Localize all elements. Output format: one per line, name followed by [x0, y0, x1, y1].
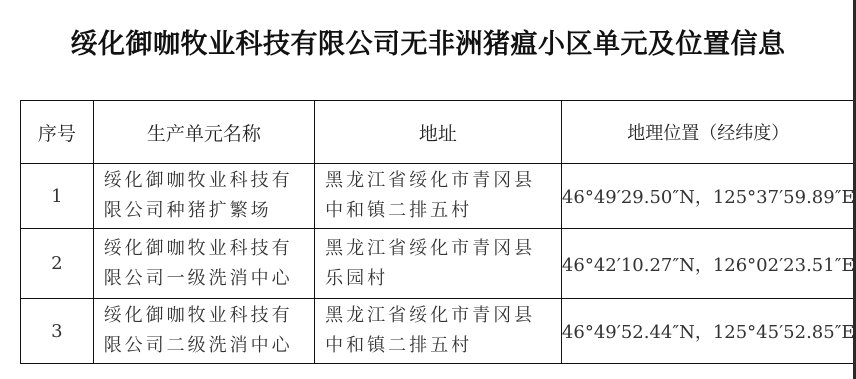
address-line: 黑龙江省绥化市青冈县 — [325, 166, 560, 196]
address-line: 中和镇二排五村 — [325, 196, 560, 226]
header-address: 地址 — [315, 101, 561, 164]
address-line: 中和镇二排五村 — [325, 331, 560, 361]
cell-geo-location: 46°42′10.27″N，126°02′23.51″E — [561, 229, 856, 299]
cell-serial-number: 3 — [21, 299, 94, 364]
cell-geo-location: 46°49′29.50″N，125°37′59.89″E — [561, 164, 856, 229]
table-header-row: 序号 生产单元名称 地址 地理位置（经纬度） — [21, 101, 856, 164]
cell-serial-number: 2 — [21, 229, 94, 299]
address-line: 乐园村 — [325, 264, 560, 294]
address-line: 黑龙江省绥化市青冈县 — [325, 234, 560, 264]
cell-geo-location: 46°49′52.44″N，125°45′52.85″E — [561, 299, 856, 364]
cell-address: 黑龙江省绥化市青冈县 乐园村 — [315, 229, 561, 299]
cell-serial-number: 1 — [21, 164, 94, 229]
cell-unit-name: 绥化御咖牧业科技有 限公司一级洗消中心 — [93, 229, 314, 299]
document-title: 绥化御咖牧业科技有限公司无非洲猪瘟小区单元及位置信息 — [0, 22, 856, 61]
unit-name-line: 限公司一级洗消中心 — [104, 264, 314, 294]
unit-name-line: 绥化御咖牧业科技有 — [104, 234, 314, 264]
unit-name-line: 限公司种猪扩繁场 — [104, 196, 314, 226]
unit-name-line: 绥化御咖牧业科技有 — [104, 301, 314, 331]
cell-unit-name: 绥化御咖牧业科技有 限公司二级洗消中心 — [93, 299, 314, 364]
unit-location-table: 序号 生产单元名称 地址 地理位置（经纬度） 1 绥化御咖牧业科技有 限公司种猪… — [20, 100, 856, 364]
table-row: 3 绥化御咖牧业科技有 限公司二级洗消中心 黑龙江省绥化市青冈县 中和镇二排五村… — [21, 299, 856, 364]
header-geo-location: 地理位置（经纬度） — [561, 101, 856, 164]
table-row: 2 绥化御咖牧业科技有 限公司一级洗消中心 黑龙江省绥化市青冈县 乐园村 46°… — [21, 229, 856, 299]
table-row: 1 绥化御咖牧业科技有 限公司种猪扩繁场 黑龙江省绥化市青冈县 中和镇二排五村 … — [21, 164, 856, 229]
cell-unit-name: 绥化御咖牧业科技有 限公司种猪扩繁场 — [93, 164, 314, 229]
header-unit-name: 生产单元名称 — [93, 101, 314, 164]
unit-name-line: 绥化御咖牧业科技有 — [104, 166, 314, 196]
cell-address: 黑龙江省绥化市青冈县 中和镇二排五村 — [315, 299, 561, 364]
header-serial-number: 序号 — [21, 101, 94, 164]
address-line: 黑龙江省绥化市青冈县 — [325, 301, 560, 331]
cell-address: 黑龙江省绥化市青冈县 中和镇二排五村 — [315, 164, 561, 229]
unit-name-line: 限公司二级洗消中心 — [104, 331, 314, 361]
